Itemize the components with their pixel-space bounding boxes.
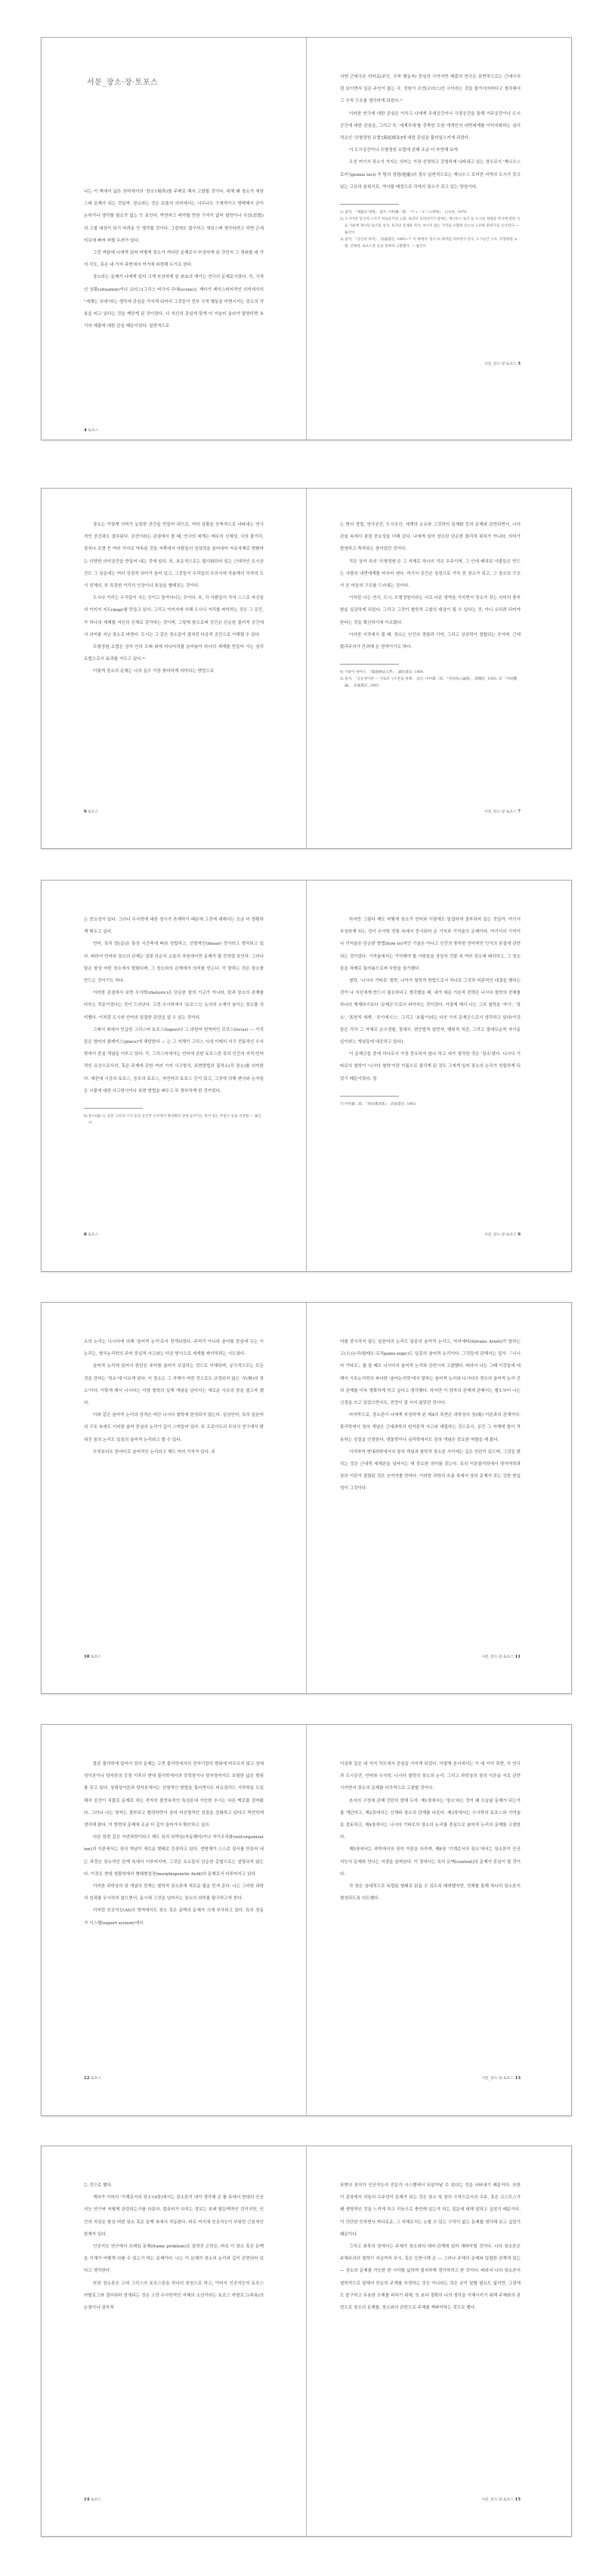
chapter-title: 서문_장소·장·토포스	[87, 76, 158, 87]
paragraph: 각 장은 상대적으로 독립된 형태로 읽을 수 있도록 배려했지만, 전체를 통…	[340, 1880, 521, 1905]
paragraph: 언어, 특히 말(글)은 통상 시간축에 따라 성립하고, 선형적인(linea…	[84, 938, 264, 987]
page-5: 서양 근대극은 히어로(주인, 극적 행동자) 중심의 극이지만 제출의 연극은…	[307, 38, 572, 440]
running-head: 서문_장소·장·토포스	[484, 362, 517, 366]
page-number: 5	[518, 362, 521, 366]
footnote: 4) 가와이 하야오, 『箱庭療法入門』, 誠信書房, 1969.	[340, 669, 521, 676]
footnote-divider	[340, 664, 399, 665]
page-6: 장소는 이렇게 의미가 농밀한 공간을 만들어 내므로, 여러 상황을 응축적으…	[42, 489, 307, 848]
page-number: 4	[84, 428, 87, 433]
footnote-divider	[84, 1108, 143, 1109]
page-footer: 서문_장소·장·토포스 9	[484, 1232, 521, 1237]
page-number: 8	[84, 1232, 87, 1237]
page-spread-5: 물론 물리학에 있어서 장의 문제는 고전 물리학에서의 전자기장의 범위에 머…	[41, 1724, 572, 2116]
page-number: 10	[84, 1655, 90, 1659]
paragraph: 하지만 그렇다 해도 어떻게 장소가 언어와 이렇게도 밀접하게 결부되어 있는…	[340, 914, 521, 975]
page-number: 15	[515, 2497, 521, 2502]
running-head: 서문_장소·장·토포스	[481, 1655, 514, 1659]
running-head: 토포스	[88, 429, 98, 433]
footnote: 7) 中村雄二郎, 『西田幾多郎』, 岩波書店, 1983.	[340, 1101, 521, 1108]
paragraph: 도시나 거리는 우리들이 사는 곳이고 돌아다니는 곳이다. 또, 각 사람들이…	[84, 592, 264, 641]
footnote: 6) 통구(通口), 일본 고유의 시가 등의 공간적 구조에서 형상화된 장에…	[84, 1113, 264, 1127]
paragraph: 본서의 구성에 관해 간단히 말해 두자. 제1장에서는 '장소'라는 것이 왜…	[340, 1795, 521, 1844]
paragraph: 이러한 과학상의 장 개념의 전개는 철학적 장소론에 새로운 빛을 던져 준다…	[84, 1880, 264, 1905]
paragraph: 작은 상자 속의 '모형정원'은 그 자체로 하나의 작은 우주이며, 그 안에…	[340, 556, 521, 593]
paragraph: 또한 장소론은 고대 그리스의 토포스론을 하나의 원천으로 하고, 이어서 인…	[84, 2278, 264, 2315]
page-spread-6: 는 것으로 했다. 게다가 이어서 '기계로서의 장소'(4장)에서는 장소론이…	[41, 2146, 572, 2537]
page-body: 이상과 같은 네 가지 각도에서 관심을 가지게 되었다. 이렇게 본서에서는 …	[340, 1758, 521, 1905]
page-body: 하지만 그렇다 해도 어떻게 장소가 언어와 이렇게도 밀접하게 결부되어 있는…	[340, 914, 521, 1108]
footnote-divider	[340, 1096, 399, 1097]
page-12: 물론 물리학에 있어서 장의 문제는 고전 물리학에서의 전자기장의 범위에 머…	[42, 1725, 307, 2115]
paragraph: 표현의 장치가 인공지능의 전문가 시스템에서 되살아날 수 있다는 것을 나타…	[340, 2180, 521, 2241]
page-spread-2: 장소는 이렇게 의미가 농밀한 공간을 만들어 내므로, 여러 상황을 응축적으…	[41, 488, 572, 849]
footnote: 2) 도시이론 연구자 스즈키 히로유키의 고찰, 토리이 모리아키가 말하는 …	[340, 216, 521, 236]
paragraph: 이상과 같은 네 가지 각도에서 관심을 가지게 되었다. 이렇게 본서에서는 …	[340, 1758, 521, 1795]
running-head: 서문_장소·장·토포스	[481, 2498, 514, 2502]
page-spread-4: 소의 논리는 니시다에 의해 '술어적 논리'로서 전개되었다. 주어가 아니라…	[41, 1302, 572, 1694]
paragraph: 이러한 시각에서 볼 때, 장소는 인간의 경험과 기억, 그리고 상상력이 결…	[340, 629, 521, 653]
page-body: 소의 논리는 니시다에 의해 '술어적 논리'로서 전개되었다. 주어가 아니라…	[84, 1336, 264, 1458]
running-head: 서문_장소·장·토포스	[484, 1233, 517, 1237]
page-15: 표현의 장치가 인공지능의 전문가 시스템에서 되살아날 수 있다는 것을 나타…	[307, 2146, 572, 2536]
page-footer: 14 토포스	[84, 2497, 101, 2502]
page-7: 는 방의 정렬, 연극공간, 도시공간, 세계의 소유와 그것과의 일체화 등의…	[307, 489, 572, 848]
page-body: 는 중요성이 있다. 그러나 수사학에 대한 경시가 존재하기 때문에 그것에 …	[84, 914, 264, 1127]
page-number: 13	[515, 2076, 521, 2081]
page-footer: 서문_장소·장·토포스 13	[481, 2075, 521, 2081]
paragraph: 마지막으로, 장소론이 나에게 부상하게 된 제4의 측면은 과학상의 장(場)…	[340, 1409, 521, 1446]
running-head: 토포스	[88, 1233, 98, 1237]
page-10: 소의 논리는 니시다에 의해 '술어적 논리'로서 전개되었다. 주어가 아니라…	[42, 1303, 307, 1693]
page-body: 서양 근대극은 히어로(주인, 극적 행동자) 중심의 극이지만 제출의 연극은…	[340, 71, 521, 250]
running-head: 토포스	[91, 2498, 101, 2502]
page-number: 9	[518, 1232, 521, 1237]
paragraph: 장소라는 문제가 나에게 있어 크게 부상하게 된 최초의 계기는 연극의 문제…	[84, 271, 264, 332]
footnote-divider	[340, 204, 399, 205]
page-body: 물론 물리학에 있어서 장의 문제는 고전 물리학에서의 전자기장의 범위에 머…	[84, 1758, 264, 1930]
paragraph: 이러한 연극에 대한 관심은 이윽고 나에게 무대공간이나 극장공간을 통해 거…	[340, 108, 521, 145]
paragraph: 이 문제군들 중에 하나로서 가장 중요하지 않나 하고 내가 생각한 것은 '…	[340, 1048, 521, 1085]
page-footer: 6 토포스	[84, 809, 98, 814]
running-head: 서문_장소·장·토포스	[481, 2077, 514, 2081]
page-body: 장소는 이렇게 의미가 농밀한 공간을 만들어 내므로, 여러 상황을 응축적으…	[84, 519, 264, 678]
page-body: 나는 이 책에서 넓은 의미에서의 '장소'(場所)를 주제로 해서 고찰할 것…	[84, 186, 264, 332]
paragraph: 그런 까닭에 나에게 있어 어떻게 장소가 커다란 문제로서 부상하게 된 것인…	[84, 247, 264, 271]
page-footer: 10 토포스	[84, 1654, 101, 1659]
page-number: 6	[84, 810, 87, 814]
paragraph: 나는 이 책에서 넓은 의미에서의 '장소'(場所)를 주제로 해서 고찰할 것…	[84, 186, 264, 247]
page-body: 어를 중시하지 않는 일본어의 논리도 일종의 술어적 논리고, 아리에티(Si…	[340, 1336, 521, 1495]
page-4: 서문_장소·장·토포스 나는 이 책에서 넓은 의미에서의 '장소'(場所)를 …	[42, 38, 307, 440]
paragraph: 다른 한편 같은 자연과학이라고 해도 특히 되먹임(자동제어)이나 자기조직화…	[84, 1831, 264, 1880]
paragraph: 이렇게 장소의 문제는 나의 실수 가장 풍미하게 의미되는 방법으로	[84, 665, 264, 677]
page-body: 표현의 장치가 인공지능의 전문가 시스템에서 되살아날 수 있다는 것을 나타…	[340, 2180, 521, 2314]
paragraph: 이러한 관점에서 보면 수사학(rhetoric)은 단순한 말의 기교가 아니…	[84, 987, 264, 1024]
page-footer: 4 토포스	[84, 427, 98, 433]
paragraph: 이리하여 현대과학에서의 장의 개념과 철학적 장소론 사이에는 깊은 연관이 …	[340, 1446, 521, 1495]
running-head: 토포스	[88, 810, 98, 814]
paragraph: 어를 중시하지 않는 일본어의 논리도 일종의 술어적 논리고, 아리에티(Si…	[340, 1336, 521, 1409]
paragraph: 모형정원 요법은 상자 안의 모래 위에 미니어처를 늘어놓아 하나의 세계를 …	[84, 641, 264, 665]
footnote: 3) 졸저, 『공간의 의미』, 岩波書店, 1985~7. 이 책에서 '장소…	[340, 236, 521, 250]
page-number: 14	[84, 2497, 90, 2502]
paragraph: 인공지능 연구에서 프레임 문제(frame problem)로 알려진 곤란은…	[84, 2241, 264, 2278]
page-11: 어를 중시하지 않는 일본어의 논리도 일종의 술어적 논리고, 아리에티(Si…	[307, 1303, 572, 1693]
page-body: 는 것으로 했다. 게다가 이어서 '기계로서의 장소'(4장)에서는 장소론이…	[84, 2180, 264, 2314]
page-footer: 서문_장소·장·토포스 7	[484, 809, 521, 814]
paragraph: 술어적 논리에 있어서 판단은 주어를 술어가 포섭하는 것으로 이해되며, 궁…	[84, 1360, 264, 1409]
paragraph: 물론 물리학에 있어서 장의 문제는 고전 물리학에서의 전자기장의 범위에 머…	[84, 1758, 264, 1831]
paragraph: 게다가 이어서 '기계로서의 장소'(4장)에서는 장소론이 내가 생각해 온 …	[84, 2192, 264, 2241]
paragraph: 무엇보다도 한마디로 술어적인 논리라고 해도 여러 가지가 있다. 주	[84, 1446, 264, 1458]
paragraph: 이처럼 나는 연극, 도시, 모형정원이라는 서로 다른 영역을 거치면서 장소…	[340, 592, 521, 629]
paragraph: 서양 근대극은 히어로(주인, 극적 행동자) 중심의 극이지만 제출의 연극은…	[340, 71, 521, 108]
page-9: 하지만 그렇다 해도 어떻게 장소가 언어와 이렇게도 밀접하게 결부되어 있는…	[307, 881, 572, 1271]
paragraph: 는 방의 정렬, 연극공간, 도시공간, 세계의 소유와 그것과의 일체화 등의…	[340, 519, 521, 556]
footnote: 5) 졸저, 「공동성이란 — 가토리 구조론을 위해」 참조. 中村雄二郎, …	[340, 676, 521, 690]
page-number: 7	[518, 810, 521, 814]
paragraph: 이와 같은 술어적 논리의 성격은 비단 니시다 철학에 한정되지 않는다. 일…	[84, 1409, 264, 1446]
page-footer: 12 토포스	[84, 2075, 101, 2081]
page-number: 11	[515, 1655, 521, 1659]
paragraph: 이처럼 인공지능(AI)의 영역에서도 장소 혹은 문맥의 문제가 크게 부각되…	[84, 1905, 264, 1929]
running-head: 토포스	[91, 1655, 101, 1659]
page-body: 는 방의 정렬, 연극공간, 도시공간, 세계의 소유와 그것과의 일체화 등의…	[340, 519, 521, 690]
paragraph: 그래서 위에서 언급한 그리스어 토포스(topos)나 그 라틴어 번역어인 …	[84, 1024, 264, 1097]
paragraph: 장소는 이렇게 의미가 농밀한 공간을 만들어 내므로, 여러 상황을 응축적으…	[84, 519, 264, 592]
footnote: 1) 졸저, 『제출의 세계』 참조. 中村雄二郎, 『チェーホフの世界』, 白…	[340, 209, 521, 216]
running-head: 토포스	[91, 2077, 101, 2081]
page-14: 는 것으로 했다. 게다가 이어서 '기계로서의 장소'(4장)에서는 장소론이…	[42, 2146, 307, 2536]
page-footer: 8 토포스	[84, 1232, 98, 1237]
paragraph: 철학, '니시다 기타로' 철학, 나아가 철학적 방법으로서 하나로 그것과 …	[340, 975, 521, 1048]
page-13: 이상과 같은 네 가지 각도에서 관심을 가지게 되었다. 이렇게 본서에서는 …	[307, 1725, 572, 2115]
page-footer: 서문_장소·장·토포스 11	[481, 1654, 521, 1659]
paragraph: 그리고 최후의 장에서는 주체가 장소와의 대비·관계에 있어 재파악될 것이다…	[340, 2241, 521, 2314]
paragraph: 는 중요성이 있다. 그러나 수사학에 대한 경시가 존재하기 때문에 그것에 …	[84, 914, 264, 938]
page-spread-1: 서문_장소·장·토포스 나는 이 책에서 넓은 의미에서의 '장소'(場所)를 …	[41, 37, 572, 440]
page-8: 는 중요성이 있다. 그러나 수사학에 대한 경시가 존재하기 때문에 그것에 …	[42, 881, 307, 1271]
page-footer: 서문_장소·장·토포스 15	[481, 2497, 521, 2502]
paragraph: 는 것으로 했다.	[84, 2180, 264, 2192]
running-head: 서문_장소·장·토포스	[484, 810, 517, 814]
paragraph: 이 도시공간이나 모형정원 요법에 관해 조금 더 부연해 보자.	[340, 144, 521, 156]
page-footer: 서문_장소·장·토포스 5	[484, 361, 521, 366]
page-spread-3: 는 중요성이 있다. 그러나 수사학에 대한 경시가 존재하기 때문에 그것에 …	[41, 880, 572, 1272]
page-number: 12	[84, 2076, 90, 2081]
paragraph: 우선 여기서 장소가 가지는 의미는 가장 선명하고 강렬하게 나타내고 있는 …	[340, 156, 521, 193]
paragraph: 소의 논리는 니시다에 의해 '술어적 논리'로서 전개되었다. 주어가 아니라…	[84, 1336, 264, 1360]
paragraph: 제5장에서는 과학에서의 장의 이론을 다루며, 제6장 '기계로서의 장소'에…	[340, 1843, 521, 1880]
